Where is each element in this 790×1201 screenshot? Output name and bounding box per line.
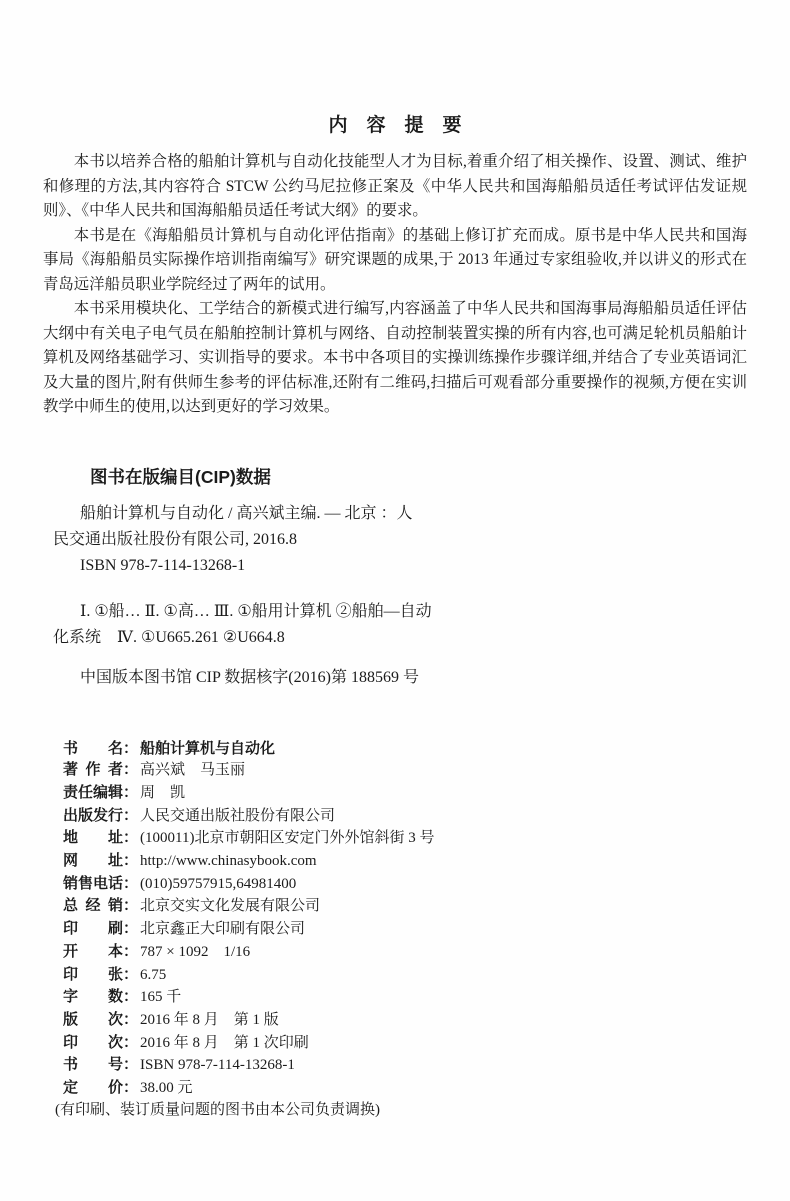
colophon-value: 2016 年 8 月 第 1 次印刷: [140, 1033, 309, 1055]
book-copyright-page: 内 容 提 要 本书以培养合格的船舶计算机与自动化技能型人才为目标,着重介绍了相…: [0, 0, 790, 1201]
colophon-label: 字数: [63, 986, 123, 1008]
colophon-row: 印次：2016 年 8 月 第 1 次印刷: [63, 1032, 747, 1055]
colophon-row: 书号：ISBN 978-7-114-13268-1: [63, 1054, 747, 1077]
colophon-colon: ：: [123, 1032, 138, 1054]
content-summary: 本书以培养合格的船舶计算机与自动化技能型人才为目标,着重介绍了相关操作、设置、测…: [43, 150, 747, 420]
colophon-row: 总经销：北京交实文化发展有限公司: [63, 895, 747, 918]
colophon-row: 书名：船舶计算机与自动化: [63, 738, 747, 760]
colophon-label: 定价: [63, 1077, 123, 1099]
colophon-colon: ：: [123, 738, 138, 760]
colophon-row: 版次：2016 年 8 月 第 1 版: [63, 1009, 747, 1032]
colophon-row: 责任编辑：周 凯: [63, 782, 747, 805]
colophon-row: 开本：787 × 1092 1/16: [63, 941, 747, 964]
colophon-value: 2016 年 8 月 第 1 版: [140, 1010, 279, 1032]
colophon-colon: ：: [123, 759, 138, 781]
colophon-colon: ：: [123, 782, 138, 804]
colophon-row: 出版发行：人民交通出版社股份有限公司: [63, 805, 747, 828]
colophon-colon: ：: [123, 895, 138, 917]
colophon-label: 网址: [63, 850, 123, 872]
colophon-value: 6.75: [140, 965, 166, 987]
cip-record-number: 中国版本图书馆 CIP 数据核字(2016)第 188569 号: [80, 665, 747, 691]
summary-paragraph: 本书以培养合格的船舶计算机与自动化技能型人才为目标,着重介绍了相关操作、设置、测…: [43, 150, 747, 224]
colophon-value: 人民交通出版社股份有限公司: [140, 806, 335, 828]
colophon-colon: ：: [123, 918, 138, 940]
colophon-value: 北京交实文化发展有限公司: [140, 896, 320, 918]
colophon-label: 出版发行: [63, 805, 123, 827]
colophon-row: 印张：6.75: [63, 964, 747, 987]
cip-classification-line: 化系统 Ⅳ. ①U665.261 ②U664.8: [53, 625, 747, 651]
colophon-colon: ：: [123, 1077, 138, 1099]
colophon-value: (100011)北京市朝阳区安定门外外馆斜街 3 号: [140, 828, 434, 850]
colophon-row: 著作者：高兴斌 马玉丽: [63, 759, 747, 782]
colophon-value: http://www.chinasybook.com: [140, 851, 317, 873]
colophon-value: 787 × 1092 1/16: [140, 942, 250, 964]
colophon-row: 印刷：北京鑫正大印刷有限公司: [63, 918, 747, 941]
colophon-value: 北京鑫正大印刷有限公司: [140, 919, 305, 941]
colophon-colon: ：: [123, 964, 138, 986]
colophon-label: 地址: [63, 827, 123, 849]
content-summary-title: 内 容 提 要: [43, 114, 747, 137]
colophon-row: 字数：165 千: [63, 986, 747, 1009]
colophon-label: 印次: [63, 1032, 123, 1054]
colophon-label: 版次: [63, 1009, 123, 1031]
summary-paragraph: 本书采用模块化、工学结合的新模式进行编写,内容涵盖了中华人民共和国海事局海船船员…: [43, 297, 747, 420]
colophon-label: 书名: [63, 738, 123, 760]
colophon-value: (010)59757915,64981400: [140, 874, 296, 896]
colophon-value: 165 千: [140, 987, 181, 1009]
cip-record-line: 船舶计算机与自动化 / 高兴斌主编. — 北京 ：人: [80, 501, 747, 527]
summary-paragraph: 本书是在《海船船员计算机与自动化评估指南》的基础上修订扩充而成。原书是中华人民共…: [43, 224, 747, 298]
colophon-list: 书名：船舶计算机与自动化著作者：高兴斌 马玉丽责任编辑：周 凯出版发行：人民交通…: [63, 738, 747, 1100]
colophon-label: 著作者: [63, 759, 123, 781]
colophon-colon: ：: [123, 805, 138, 827]
cip-isbn-line: ISBN 978-7-114-13268-1: [80, 553, 747, 579]
colophon-label: 销售电话: [63, 873, 123, 895]
colophon-colon: ：: [123, 1009, 138, 1031]
colophon-row: 定价：38.00 元: [63, 1077, 747, 1100]
colophon-colon: ：: [123, 986, 138, 1008]
colophon-label: 责任编辑: [63, 782, 123, 804]
colophon-row: 销售电话：(010)59757915,64981400: [63, 873, 747, 896]
colophon-colon: ：: [123, 850, 138, 872]
colophon-value: 高兴斌 马玉丽: [140, 760, 245, 782]
colophon-row: 网址：http://www.chinasybook.com: [63, 850, 747, 873]
colophon-label: 开本: [63, 941, 123, 963]
cip-heading: 图书在版编目(CIP)数据: [90, 466, 747, 488]
colophon-label: 印刷: [63, 918, 123, 940]
colophon-colon: ：: [123, 827, 138, 849]
colophon-row: 地址：(100011)北京市朝阳区安定门外外馆斜街 3 号: [63, 827, 747, 850]
colophon-value: ISBN 978-7-114-13268-1: [140, 1055, 295, 1077]
cip-section: 图书在版编目(CIP)数据 船舶计算机与自动化 / 高兴斌主编. — 北京 ：人…: [53, 466, 747, 691]
colophon-label: 印张: [63, 964, 123, 986]
cip-classification-line: Ⅰ. ①船… Ⅱ. ①高… Ⅲ. ①船用计算机 ②船舶—自动: [80, 599, 747, 625]
colophon-colon: ：: [123, 941, 138, 963]
colophon-colon: ：: [123, 873, 138, 895]
exchange-note: (有印刷、装订质量问题的图书由本公司负责调换): [55, 1100, 747, 1122]
colophon-label: 书号: [63, 1054, 123, 1076]
cip-record-line: 民交通出版社股份有限公司, 2016.8: [53, 527, 747, 553]
colophon-label: 总经销: [63, 895, 123, 917]
colophon-value: 38.00 元: [140, 1078, 193, 1100]
colophon-colon: ：: [123, 1054, 138, 1076]
colophon-value: 船舶计算机与自动化: [140, 738, 275, 760]
colophon-value: 周 凯: [140, 783, 185, 805]
